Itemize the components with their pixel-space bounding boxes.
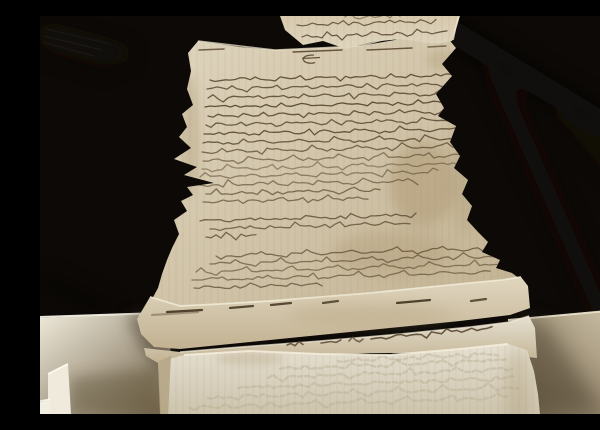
- fold-stain: [285, 302, 455, 326]
- photo-canvas: [40, 16, 600, 414]
- water-stain: [332, 231, 448, 275]
- water-stain: [390, 142, 456, 226]
- handwriting-stroke: [428, 46, 446, 47]
- handwriting-stroke: [199, 49, 224, 50]
- photograph-manuscript-in-archive-box: [40, 16, 600, 414]
- bottom-curled-sheet: [158, 344, 548, 414]
- laid-paper-texture: [158, 346, 548, 414]
